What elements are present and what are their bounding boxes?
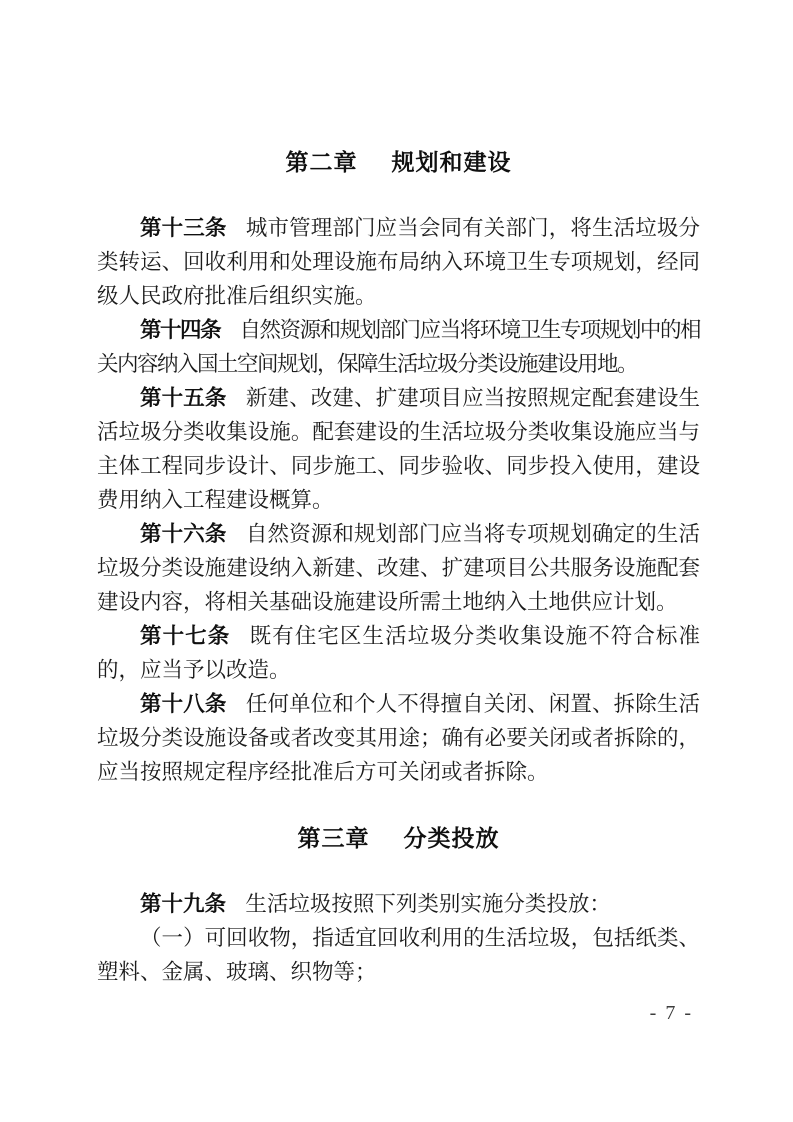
chapter-2-heading: 第二章规划和建设 xyxy=(97,146,700,178)
article-17-number: 第十七条 xyxy=(140,624,230,648)
article-17-paragraph: 第十七条既有住宅区生活垃圾分类收集设施不符合标准的，应当予以改造。 xyxy=(97,619,700,687)
chapter-3-title: 分类投放 xyxy=(404,825,500,851)
article-19-text: 生活垃圾按照下列类别实施分类投放： xyxy=(245,892,611,916)
article-13-number: 第十三条 xyxy=(140,216,227,240)
article-19-clause-1-text: （一）可回收物，指适宜回收利用的生活垃圾，包括纸类、塑料、金属、玻璃、织物等； xyxy=(97,926,700,984)
article-15-number: 第十五条 xyxy=(140,386,227,410)
article-18-number: 第十八条 xyxy=(140,692,227,716)
article-19-clause-1-paragraph: （一）可回收物，指适宜回收利用的生活垃圾，包括纸类、塑料、金属、玻璃、织物等； xyxy=(97,921,700,989)
chapter-3-heading: 第三章分类投放 xyxy=(97,822,700,854)
article-18-paragraph: 第十八条任何单位和个人不得擅自关闭、闲置、拆除生活垃圾分类设施设备或者改变其用途… xyxy=(97,687,700,789)
article-14-paragraph: 第十四条自然资源和规划部门应当将环境卫生专项规划中的相关内容纳入国土空间规划，保… xyxy=(97,313,700,381)
article-16-paragraph: 第十六条自然资源和规划部门应当将专项规划确定的生活垃圾分类设施建设纳入新建、改建… xyxy=(97,517,700,619)
article-13-paragraph: 第十三条城市管理部门应当会同有关部门，将生活垃圾分类转运、回收利用和处理设施布局… xyxy=(97,211,700,313)
document-page: 第二章规划和建设 第十三条城市管理部门应当会同有关部门，将生活垃圾分类转运、回收… xyxy=(0,0,793,1122)
article-16-number: 第十六条 xyxy=(140,522,227,546)
article-15-paragraph: 第十五条新建、改建、扩建项目应当按照规定配套建设生活垃圾分类收集设施。配套建设的… xyxy=(97,381,700,517)
chapter-3-label: 第三章 xyxy=(298,825,370,851)
page-number: - 7 - xyxy=(650,1002,693,1025)
chapter-2-title: 规划和建设 xyxy=(392,149,512,175)
article-19-paragraph: 第十九条生活垃圾按照下列类别实施分类投放： xyxy=(97,887,700,921)
article-14-number: 第十四条 xyxy=(140,318,220,342)
chapter-2-label: 第二章 xyxy=(286,149,358,175)
article-19-number: 第十九条 xyxy=(140,892,226,916)
